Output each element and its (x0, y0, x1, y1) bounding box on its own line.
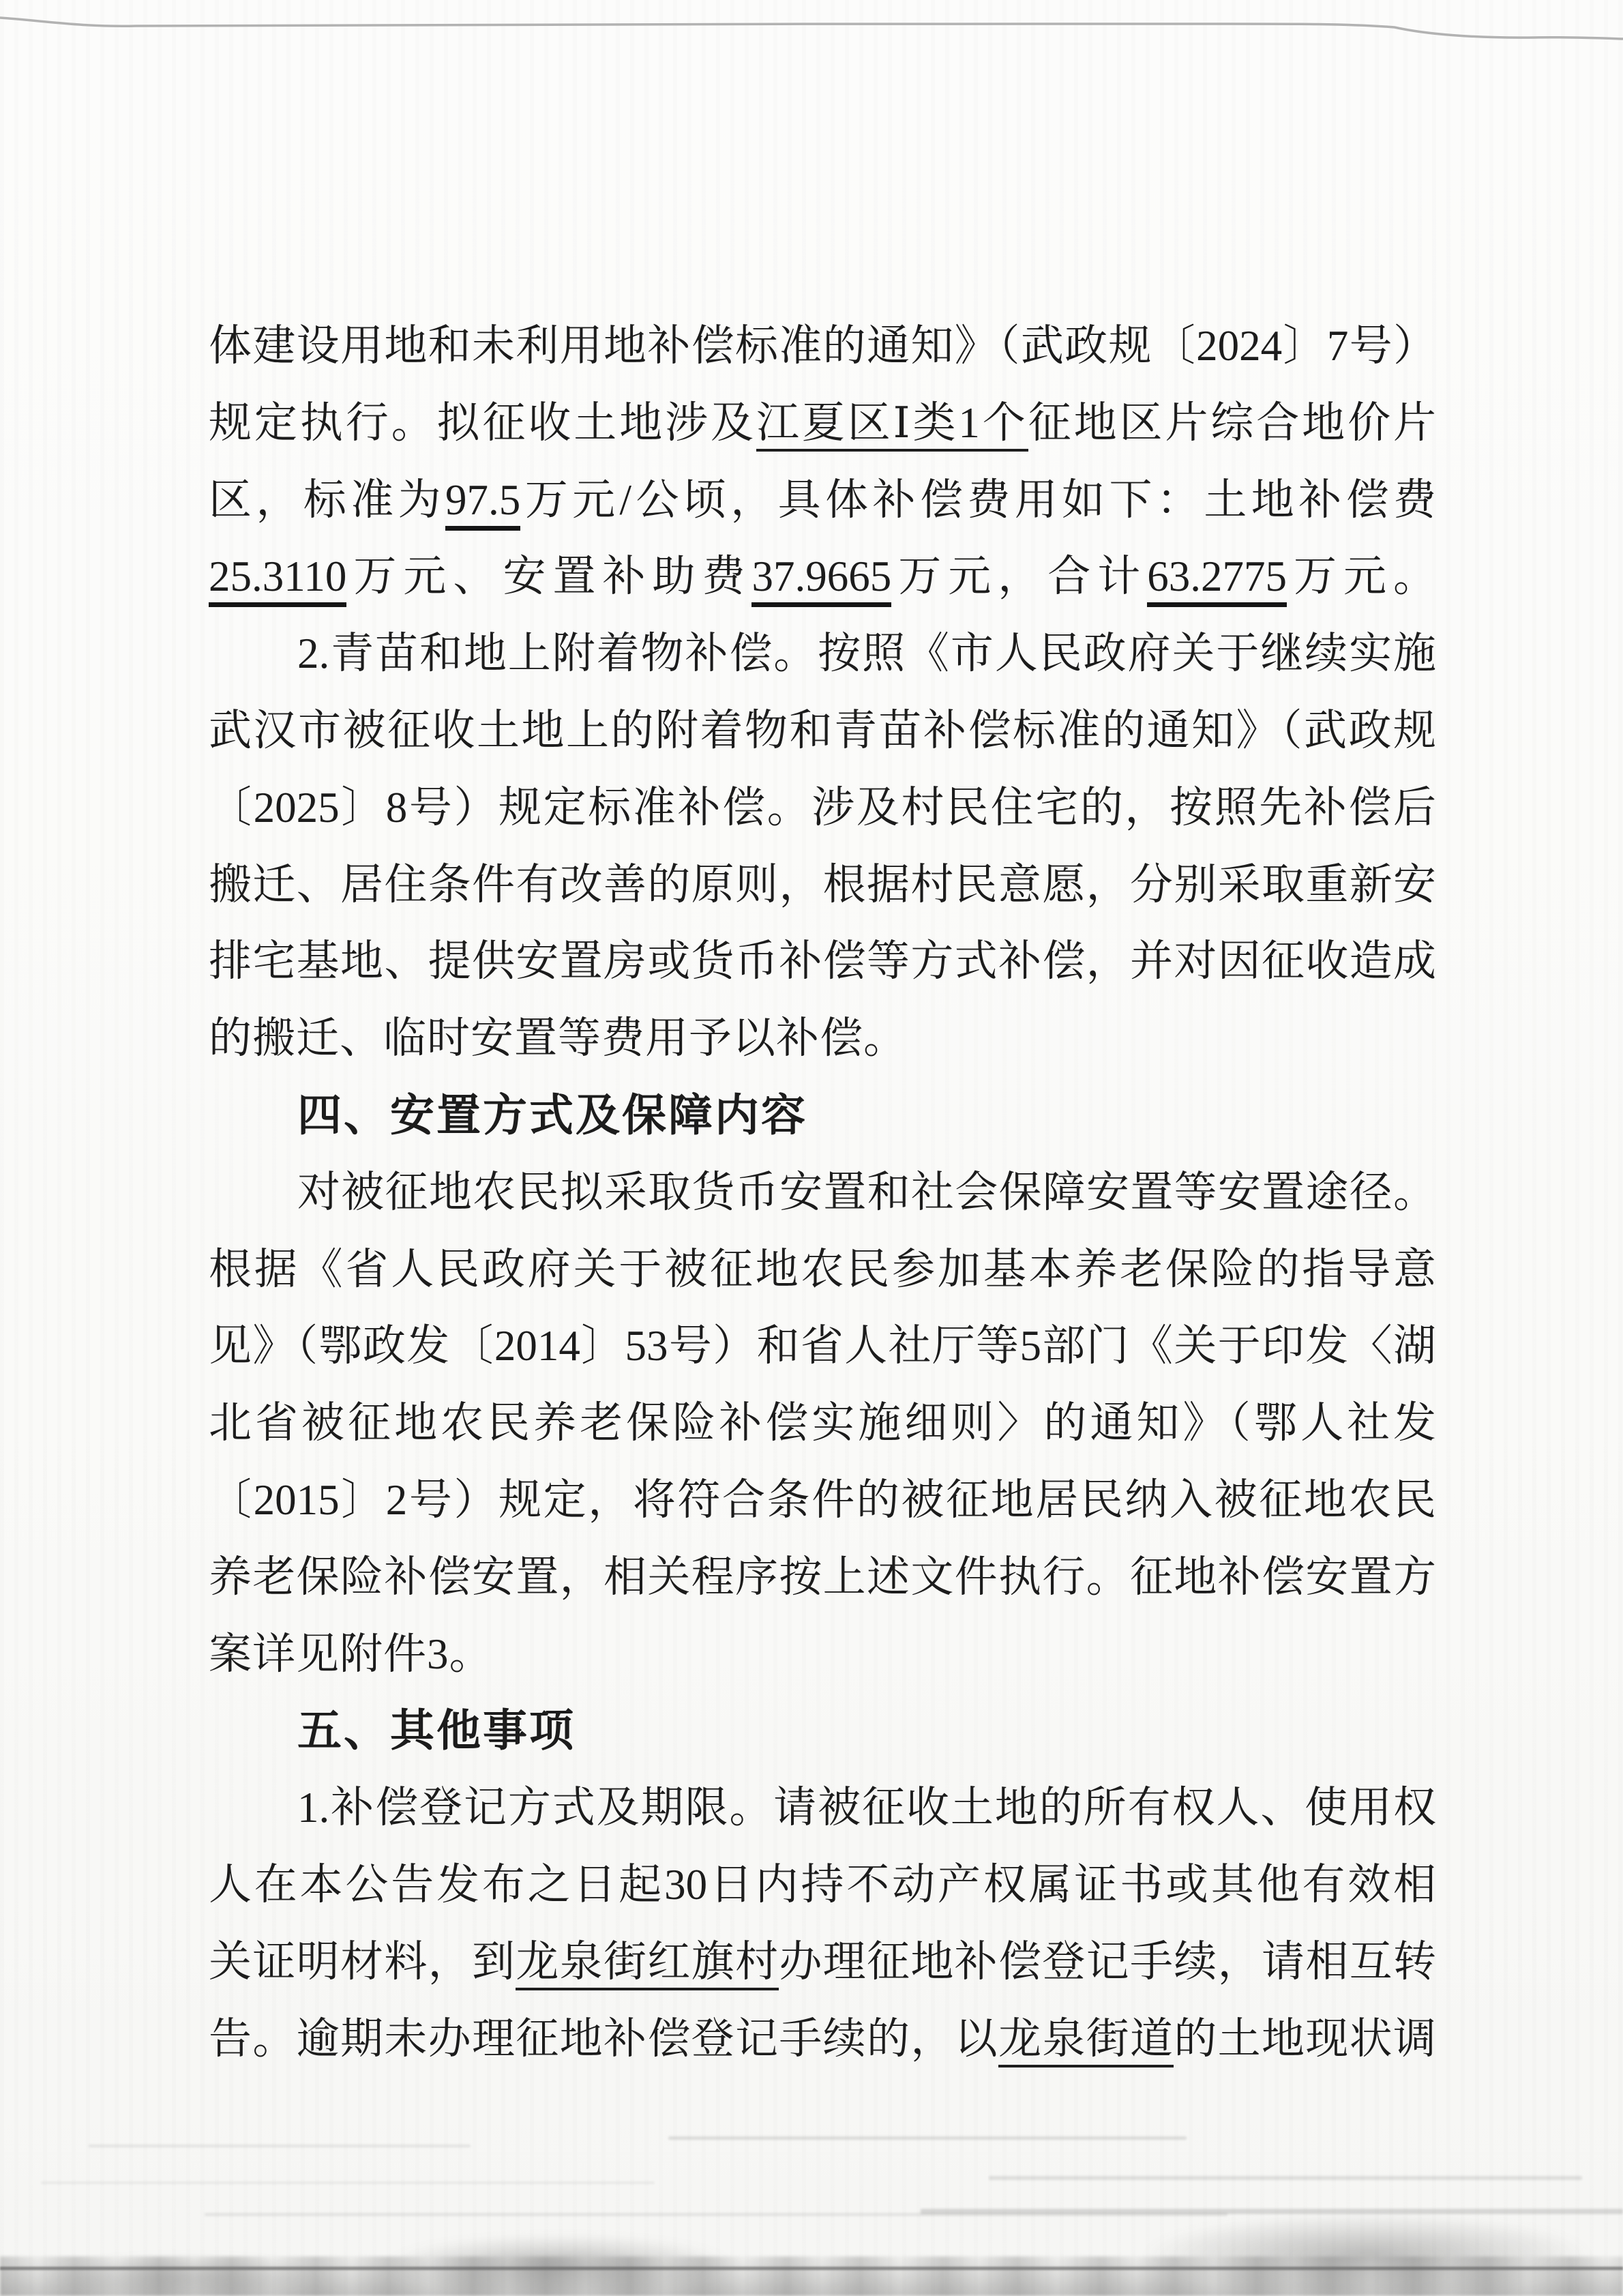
section-heading: 五、其他事项 (209, 1704, 1436, 1769)
text-segment: 〔2015〕2号）规定，将符合条件的被征地居民纳入被征地农民 (209, 1476, 1436, 1524)
text-segment: 万元，合计 (891, 553, 1147, 600)
text-segment: 的搬迁、临时安置等费用予以补偿。 (209, 1014, 907, 1062)
underlined-text: 龙泉街道 (998, 2015, 1174, 2067)
text-line: 2.青苗和地上附着物补偿。按照《市人民政府关于继续实施 (209, 627, 1436, 692)
text-line: 北省被征地农民养老保险补偿实施细则〉的通知》（鄂人社发 (209, 1396, 1436, 1462)
text-segment: 根据《省人民政府关于被征地农民参加基本养老保险的指导意 (209, 1246, 1436, 1293)
section-heading: 四、安置方式及保障内容 (209, 1089, 1436, 1154)
text-line: 规定执行。拟征收土地涉及江夏区Ⅰ类1个征地区片综合地价片 (209, 396, 1436, 462)
text-line: 1.补偿登记方式及期限。请被征收土地的所有权人、使用权 (209, 1781, 1436, 1846)
text-segment: 北省被征地农民养老保险补偿实施细则〉的通知》（鄂人社发 (209, 1399, 1436, 1447)
text-segment: 五、其他事项 (297, 1705, 576, 1755)
underlined-text: 63.2775 (1147, 553, 1287, 607)
text-segment: 〔2025〕8号）规定标准补偿。涉及村民住宅的，按照先补偿后 (209, 784, 1436, 831)
text-segment: 告。逾期未办理征地补偿登记手续的，以 (209, 2015, 998, 2063)
text-segment: 见》（鄂政发〔2014〕53号）和省人社厅等5部门《关于印发〈湖 (209, 1322, 1436, 1370)
text-line: 区，标准为97.5万元/公顷，具体补偿费用如下：土地补偿费 (209, 473, 1436, 539)
text-segment: 搬迁、居住条件有改善的原则，根据村民意愿，分别采取重新安 (209, 861, 1436, 909)
text-segment: 2.青苗和地上附着物补偿。按照《市人民政府关于继续实施 (297, 630, 1436, 677)
text-line: 人在本公告发布之日起30日内持不动产权属证书或其他有效相 (209, 1858, 1436, 1924)
underlined-text: 江夏区Ⅰ类1个 (756, 399, 1028, 452)
text-segment: 区，标准为 (209, 476, 445, 524)
text-segment: 案详见附件3。 (209, 1630, 493, 1678)
text-line: 养老保险补偿安置，相关程序按上述文件执行。征地补偿安置方 (209, 1550, 1436, 1616)
text-line: 〔2015〕2号）规定，将符合条件的被征地居民纳入被征地农民 (209, 1473, 1436, 1539)
text-line: 告。逾期未办理征地补偿登记手续的，以龙泉街道的土地现状调 (209, 2012, 1436, 2078)
text-segment: 的土地现状调 (1174, 2015, 1436, 2063)
text-segment: 万元/公顷，具体补偿费用如下：土地补偿费 (520, 476, 1436, 524)
text-line: 根据《省人民政府关于被征地农民参加基本养老保险的指导意 (209, 1243, 1436, 1308)
text-segment: 万元。 (1287, 553, 1436, 600)
text-segment: 养老保险补偿安置，相关程序按上述文件执行。征地补偿安置方 (209, 1553, 1436, 1601)
text-segment: 关证明材料，到 (209, 1938, 516, 1986)
text-segment: 武汉市被征收土地上的附着物和青苗补偿标准的通知》（武政规 (209, 707, 1436, 754)
document-page: 体建设用地和未利用地补偿标准的通知》（武政规〔2024〕7号）规定执行。拟征收土… (0, 0, 1623, 2296)
text-line: 见》（鄂政发〔2014〕53号）和省人社厅等5部门《关于印发〈湖 (209, 1319, 1436, 1385)
text-line: 武汉市被征收土地上的附着物和青苗补偿标准的通知》（武政规 (209, 704, 1436, 769)
text-segment: 万元、安置补助费 (346, 553, 751, 600)
text-segment: 1.补偿登记方式及期限。请被征收土地的所有权人、使用权 (297, 1784, 1436, 1831)
underlined-text: 97.5 (445, 476, 520, 531)
text-segment: 办理征地补偿登记手续，请相互转 (779, 1938, 1436, 1986)
text-line: 搬迁、居住条件有改善的原则，根据村民意愿，分别采取重新安 (209, 858, 1436, 924)
underlined-text: 龙泉街红旗村 (516, 1938, 779, 1990)
text-line: 排宅基地、提供安置房或货币补偿等方式补偿，并对因征收造成 (209, 934, 1436, 1000)
text-line: 的搬迁、临时安置等费用予以补偿。 (209, 1012, 1436, 1077)
text-line: 25.3110万元、安置补助费37.9665万元，合计63.2775万元。 (209, 550, 1436, 615)
text-segment: 人在本公告发布之日起30日内持不动产权属证书或其他有效相 (209, 1861, 1436, 1909)
document-text-layer: 体建设用地和未利用地补偿标准的通知》（武政规〔2024〕7号）规定执行。拟征收土… (0, 0, 1623, 2296)
text-segment: 对被征地农民拟采取货币安置和社会保障安置等安置途径。 (297, 1168, 1436, 1216)
underlined-text: 37.9665 (751, 553, 891, 607)
text-segment: 体建设用地和未利用地补偿标准的通知》（武政规〔2024〕7号） (209, 322, 1436, 370)
underlined-text: 25.3110 (209, 553, 346, 607)
text-segment: 排宅基地、提供安置房或货币补偿等方式补偿，并对因征收造成 (209, 937, 1436, 985)
text-segment: 四、安置方式及保障内容 (297, 1090, 807, 1140)
text-line: 体建设用地和未利用地补偿标准的通知》（武政规〔2024〕7号） (209, 319, 1436, 385)
text-line: 〔2025〕8号）规定标准补偿。涉及村民住宅的，按照先补偿后 (209, 781, 1436, 847)
text-segment: 规定执行。拟征收土地涉及 (209, 399, 756, 447)
text-line: 对被征地农民拟采取货币安置和社会保障安置等安置途径。 (209, 1166, 1436, 1231)
text-line: 案详见附件3。 (209, 1628, 1436, 1693)
text-line: 关证明材料，到龙泉街红旗村办理征地补偿登记手续，请相互转 (209, 1935, 1436, 2001)
text-segment: 征地区片综合地价片 (1028, 399, 1436, 447)
